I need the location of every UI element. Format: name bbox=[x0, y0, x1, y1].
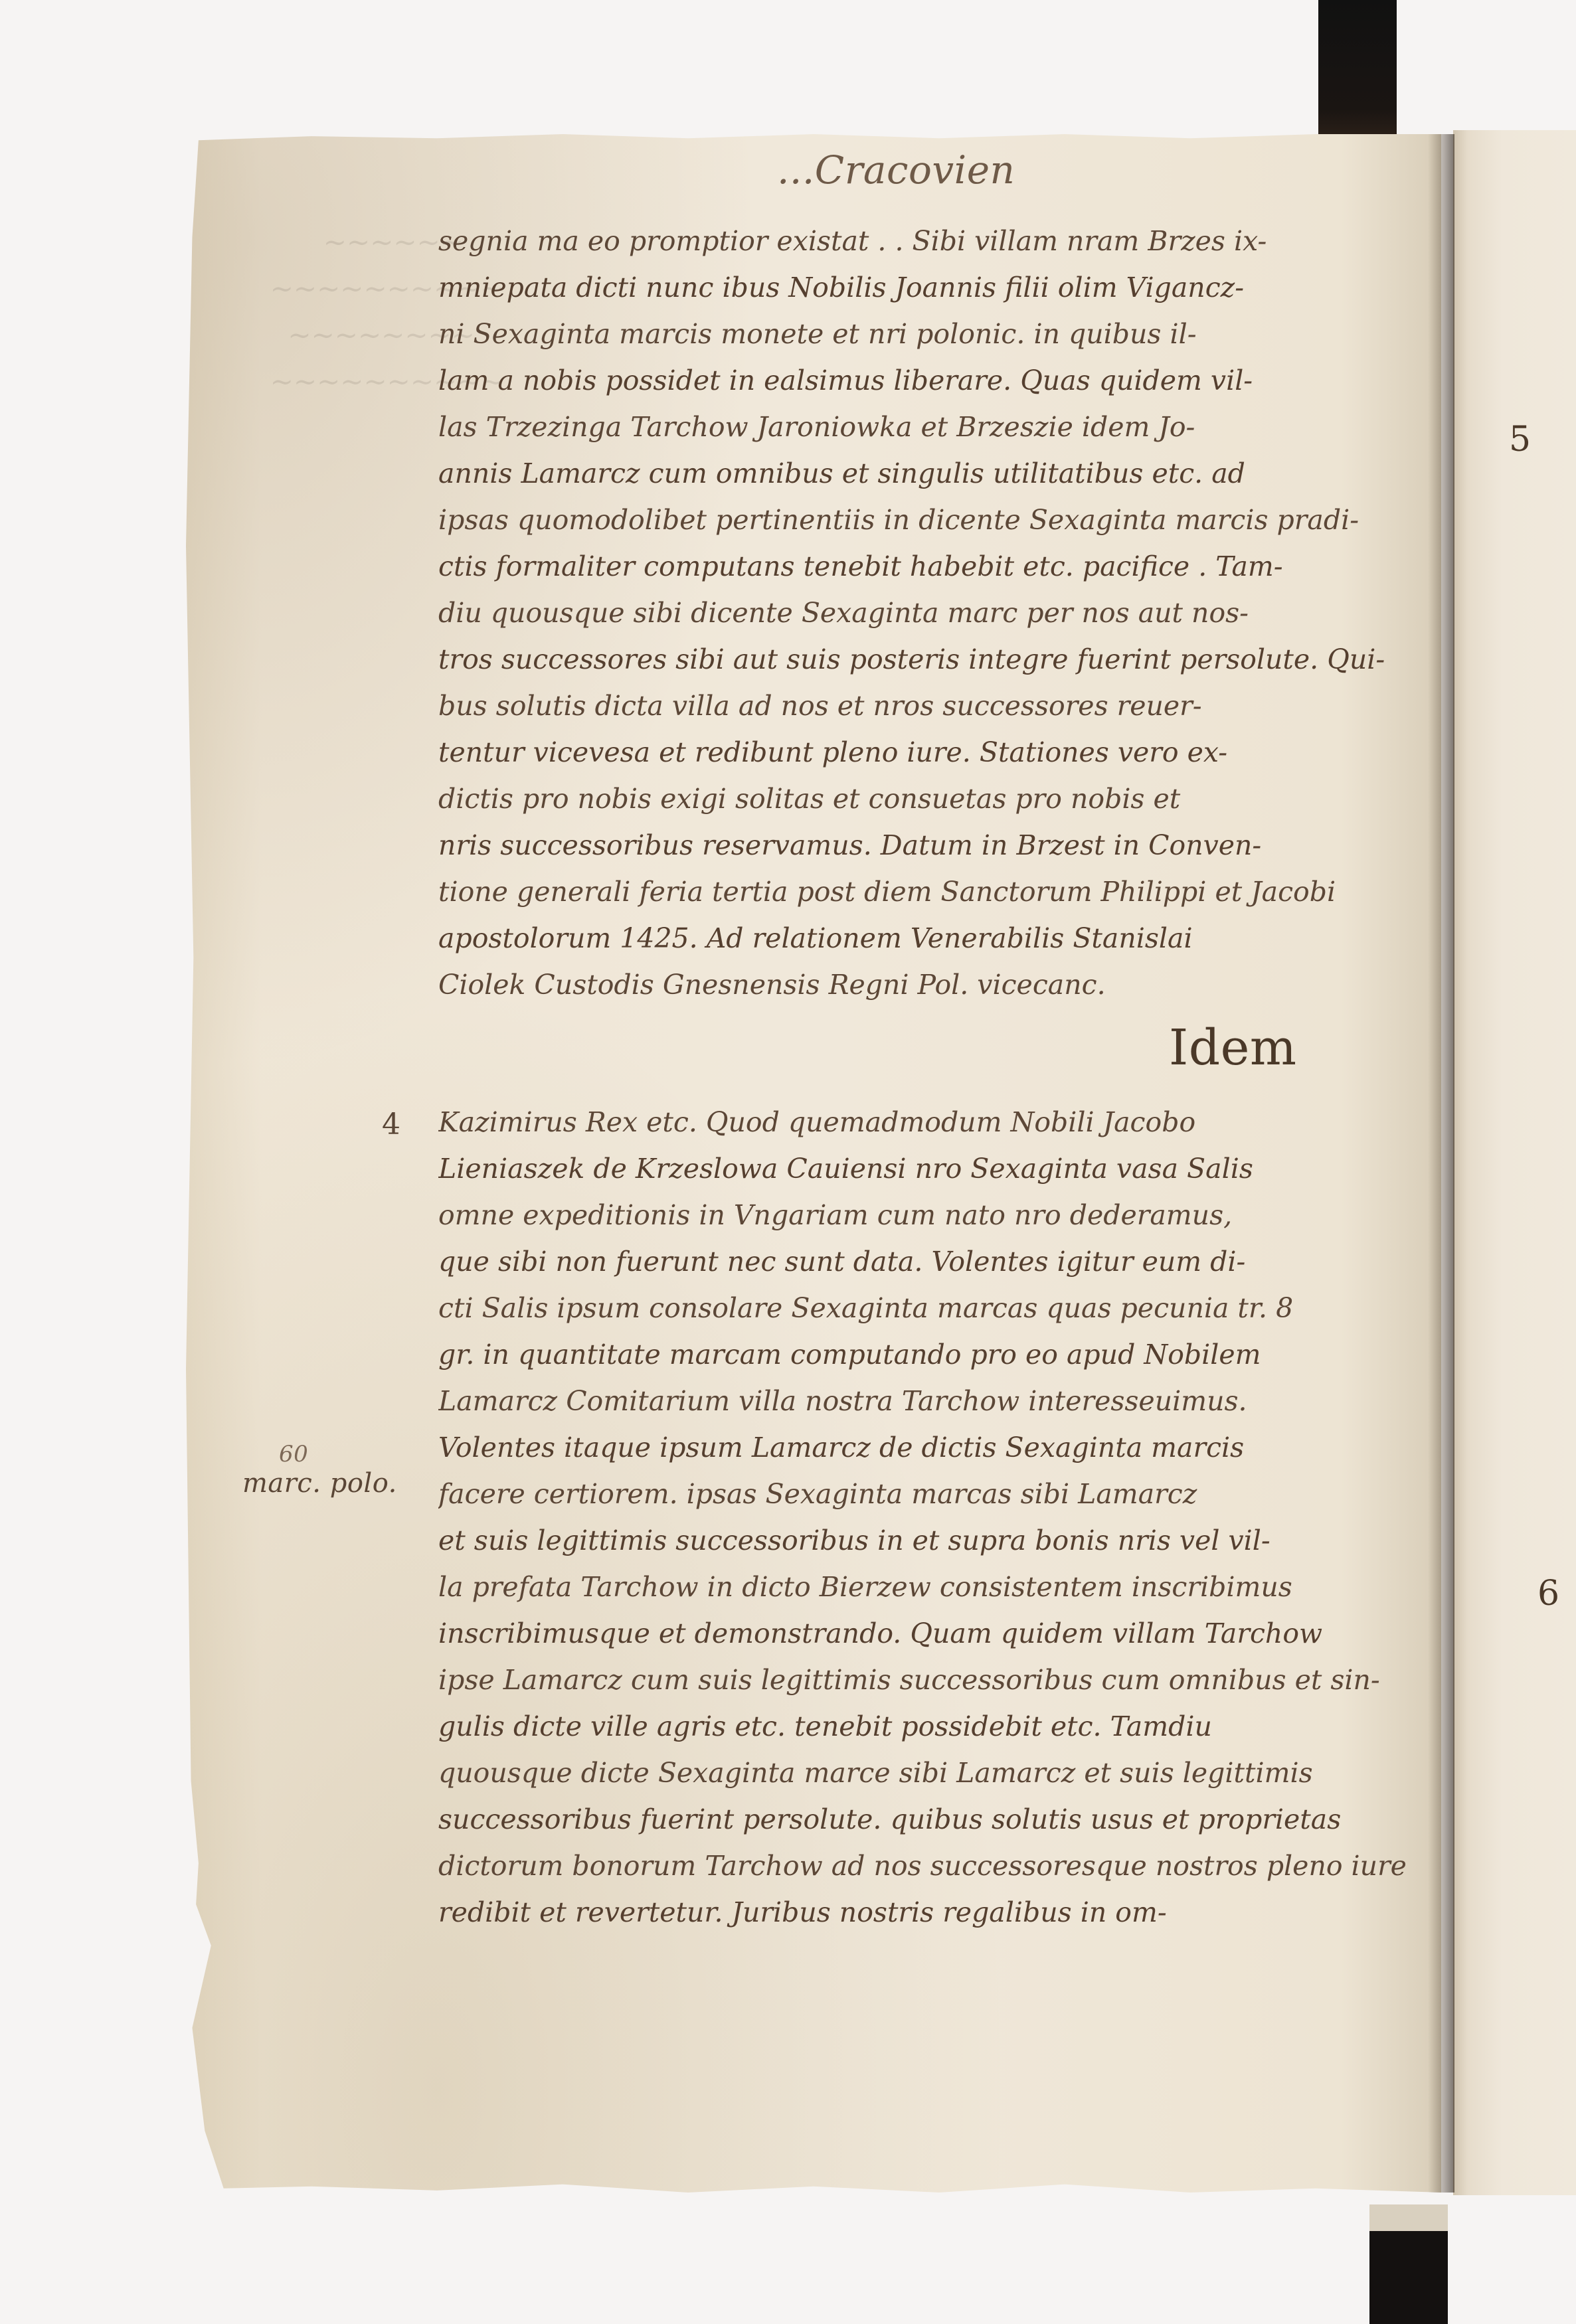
text-line: la prefata Tarchow in dicto Bierzew cons… bbox=[438, 1564, 1428, 1610]
margin-note: 60 marc. polo. bbox=[242, 1440, 397, 1498]
text-line: Ciolek Custodis Gnesnensis Regni Pol. vi… bbox=[438, 961, 1428, 1008]
text-line: ni Sexaginta marcis monete et nri poloni… bbox=[438, 311, 1428, 357]
text-line: facere certiorem. ipsas Sexaginta marcas… bbox=[438, 1471, 1428, 1517]
text-line: nris successoribus reservamus. Datum in … bbox=[438, 822, 1428, 869]
text-line: redibit et revertetur. Juribus nostris r… bbox=[438, 1889, 1428, 1936]
text-line: bus solutis dicta villa ad nos et nros s… bbox=[438, 683, 1428, 729]
entry-1-text: segnia ma eo promptior existat . . Sibi … bbox=[438, 218, 1428, 1008]
binding-strap-top bbox=[1318, 0, 1397, 136]
text-line: omne expeditionis in Vngariam cum nato n… bbox=[438, 1192, 1428, 1238]
text-line: mniepata dicti nunc ibus Nobilis Joannis… bbox=[438, 264, 1428, 311]
text-line: dictis pro nobis exigi solitas et consue… bbox=[438, 776, 1428, 822]
entry-heading-idem: Idem bbox=[1169, 1019, 1297, 1076]
text-line: lam a nobis possidet in ealsimus liberar… bbox=[438, 357, 1428, 404]
text-line: annis Lamarcz cum omnibus et singulis ut… bbox=[438, 450, 1428, 497]
gutter-shadow bbox=[1428, 134, 1454, 2193]
text-line: ipsas quomodolibet pertinentiis in dicen… bbox=[438, 497, 1428, 543]
text-line: Kazimirus Rex etc. Quod quemadmodum Nobi… bbox=[438, 1099, 1428, 1145]
text-line: ctis formaliter computans tenebit habebi… bbox=[438, 543, 1428, 590]
margin-note-amount: 60 bbox=[279, 1440, 397, 1469]
binding-strap-bottom bbox=[1369, 2211, 1448, 2324]
text-line: que sibi non fuerunt nec sunt data. Vole… bbox=[438, 1238, 1428, 1285]
text-line: gr. in quantitate marcam computando pro … bbox=[438, 1331, 1428, 1378]
text-line: quousque dicte Sexaginta marce sibi Lama… bbox=[438, 1750, 1428, 1796]
text-line: apostolorum 1425. Ad relationem Venerabi… bbox=[438, 915, 1428, 961]
text-line: las Trzezinga Tarchow Jaroniowka et Brze… bbox=[438, 404, 1428, 450]
folio-number-6: 6 bbox=[1537, 1574, 1560, 1614]
entry-number: 4 bbox=[382, 1108, 401, 1141]
text-line: cti Salis ipsum consolare Sexaginta marc… bbox=[438, 1285, 1428, 1331]
text-line: ipse Lamarcz cum suis legittimis success… bbox=[438, 1657, 1428, 1703]
text-line: Lieniaszek de Krzeslowa Cauiensi nro Sex… bbox=[438, 1145, 1428, 1192]
text-line: tione generali feria tertia post diem Sa… bbox=[438, 869, 1428, 915]
entry-2-text: Kazimirus Rex etc. Quod quemadmodum Nobi… bbox=[438, 1099, 1428, 1936]
text-line: et suis legittimis successoribus in et s… bbox=[438, 1517, 1428, 1564]
text-line: Lamarcz Comitarium villa nostra Tarchow … bbox=[438, 1378, 1428, 1424]
facing-page: 5 6 bbox=[1453, 130, 1576, 2195]
text-line: gulis dicte ville agris etc. tenebit pos… bbox=[438, 1703, 1428, 1750]
text-line: successoribus fuerint persolute. quibus … bbox=[438, 1796, 1428, 1843]
text-line: Volentes itaque ipsum Lamarcz de dictis … bbox=[438, 1424, 1428, 1471]
text-line: tros successores sibi aut suis posteris … bbox=[438, 636, 1428, 683]
margin-note-text: marc. polo. bbox=[242, 1468, 397, 1499]
text-line: inscribimusque et demonstrando. Quam qui… bbox=[438, 1610, 1428, 1657]
page-header: ...Cracovien bbox=[777, 147, 1015, 193]
text-line: segnia ma eo promptior existat . . Sibi … bbox=[438, 218, 1428, 264]
text-line: tentur vicevesa et redibunt pleno iure. … bbox=[438, 729, 1428, 776]
folio-number-5: 5 bbox=[1509, 420, 1532, 459]
text-line: diu quousque sibi dicente Sexaginta marc… bbox=[438, 590, 1428, 636]
text-line: dictorum bonorum Tarchow ad nos successo… bbox=[438, 1843, 1428, 1889]
